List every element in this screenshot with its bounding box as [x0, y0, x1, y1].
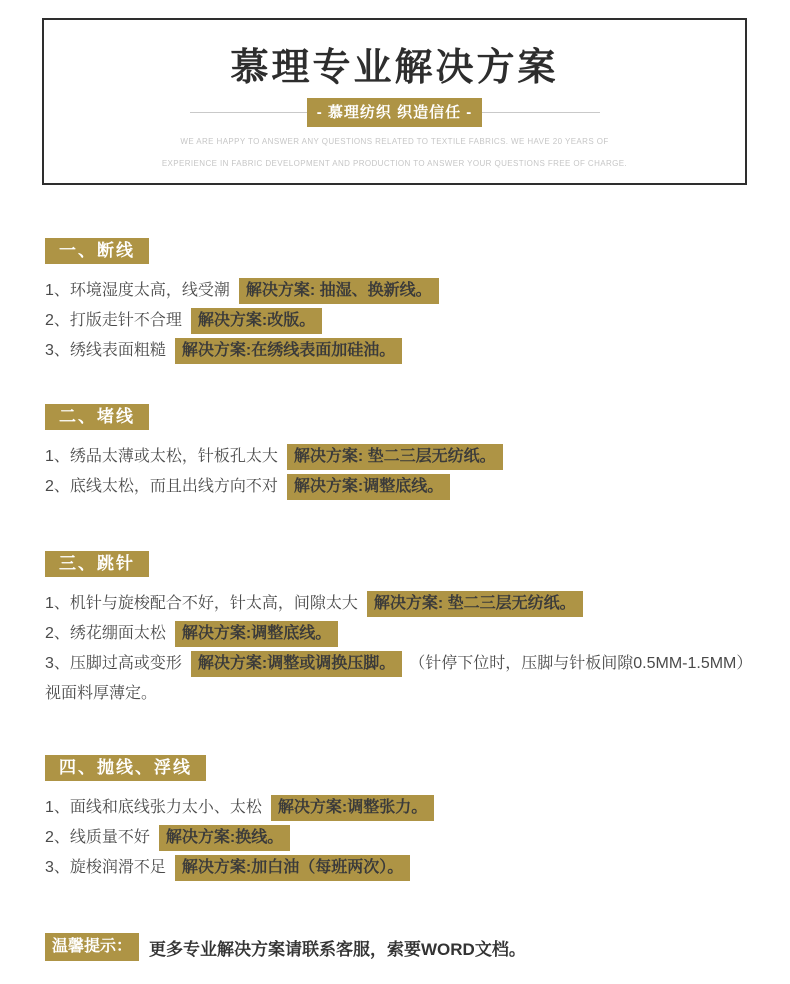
list-item: 3、压脚过高或变形解决方案:调整或调换压脚。（针停下位时，压脚与针板间隙0.5M…	[45, 649, 747, 709]
solution-highlight: 解决方案:调整底线。	[175, 621, 338, 647]
solution-highlight: 解决方案:加白油（每班两次）。	[175, 855, 410, 881]
problem-text: 2、底线太松，而且出线方向不对	[45, 478, 278, 495]
problem-text: 3、压脚过高或变形	[45, 655, 182, 672]
divider-line-left	[190, 112, 307, 113]
list-item: 2、绣花绷面太松解决方案:调整底线。	[45, 619, 747, 649]
solution-highlight: 解决方案:调整或调换压脚。	[191, 651, 402, 677]
section-item-list: 1、绣品太薄或太松，针板孔太大解决方案: 垫二三层无纺纸。 2、底线太松，而且出…	[45, 442, 747, 502]
solution-highlight: 解决方案:换线。	[159, 825, 290, 851]
subtitle-english-line2: EXPERIENCE IN FABRIC DEVELOPMENT AND PRO…	[44, 158, 745, 170]
section-item-list: 1、机针与旋梭配合不好，针太高，间隙太大解决方案: 垫二三层无纺纸。 2、绣花绷…	[45, 589, 747, 709]
solution-highlight: 解决方案:调整底线。	[287, 474, 450, 500]
section-thread-breaking: 一、断线 1、环境湿度太高，线受潮解决方案: 抽湿、换新线。 2、打版走针不合理…	[45, 238, 747, 366]
list-item: 2、打版走针不合理解决方案:改版。	[45, 306, 747, 336]
tip-badge: 温馨提示：	[45, 933, 139, 961]
title-divider: - 慕理纺织 织造信任 -	[190, 98, 600, 127]
solution-highlight: 解决方案: 垫二三层无纺纸。	[367, 591, 583, 617]
section-heading-badge: 二、堵线	[45, 404, 149, 430]
list-item: 1、环境湿度太高，线受潮解决方案: 抽湿、换新线。	[45, 276, 747, 306]
section-heading-badge: 一、断线	[45, 238, 149, 264]
brand-badge: - 慕理纺织 织造信任 -	[307, 98, 483, 127]
section-loose-floating-thread: 四、抛线、浮线 1、面线和底线张力太小、太松解决方案:调整张力。 2、线质量不好…	[45, 755, 747, 883]
section-heading-badge: 四、抛线、浮线	[45, 755, 206, 781]
list-item: 1、绣品太薄或太松，针板孔太大解决方案: 垫二三层无纺纸。	[45, 442, 747, 472]
list-item: 2、线质量不好解决方案:换线。	[45, 823, 747, 853]
section-skipped-stitches: 三、跳针 1、机针与旋梭配合不好，针太高，间隙太大解决方案: 垫二三层无纺纸。 …	[45, 551, 747, 709]
solution-highlight: 解决方案:调整张力。	[271, 795, 434, 821]
problem-text: 2、线质量不好	[45, 829, 150, 846]
problem-text: 1、机针与旋梭配合不好，针太高，间隙太大	[45, 595, 358, 612]
solution-highlight: 解决方案: 抽湿、换新线。	[239, 278, 439, 304]
problem-text: 1、面线和底线张力太小、太松	[45, 799, 262, 816]
page-title: 慕理专业解决方案	[44, 44, 745, 90]
problem-text: 3、绣线表面粗糙	[45, 342, 166, 359]
solution-highlight: 解决方案:改版。	[191, 308, 322, 334]
problem-text: 2、打版走针不合理	[45, 312, 182, 329]
problem-text: 2、绣花绷面太松	[45, 625, 166, 642]
header-card: 慕理专业解决方案 - 慕理纺织 织造信任 - WE ARE HAPPY TO A…	[42, 18, 747, 185]
list-item: 3、绣线表面粗糙解决方案:在绣线表面加硅油。	[45, 336, 747, 366]
solution-highlight: 解决方案:在绣线表面加硅油。	[175, 338, 402, 364]
subtitle-english-line1: WE ARE HAPPY TO ANSWER ANY QUESTIONS REL…	[44, 136, 745, 148]
divider-line-right	[482, 112, 599, 113]
list-item: 2、底线太松，而且出线方向不对解决方案:调整底线。	[45, 472, 747, 502]
section-heading-badge: 三、跳针	[45, 551, 149, 577]
problem-text: 3、旋梭润滑不足	[45, 859, 166, 876]
list-item: 3、旋梭润滑不足解决方案:加白油（每班两次）。	[45, 853, 747, 883]
list-item: 1、机针与旋梭配合不好，针太高，间隙太大解决方案: 垫二三层无纺纸。	[45, 589, 747, 619]
footer-note: 温馨提示： 更多专业解决方案请联系客服，索要WORD文档。	[45, 933, 747, 961]
section-item-list: 1、环境湿度太高，线受潮解决方案: 抽湿、换新线。 2、打版走针不合理解决方案:…	[45, 276, 747, 366]
solution-highlight: 解决方案: 垫二三层无纺纸。	[287, 444, 503, 470]
section-thread-jamming: 二、堵线 1、绣品太薄或太松，针板孔太大解决方案: 垫二三层无纺纸。 2、底线太…	[45, 404, 747, 502]
tip-text: 更多专业解决方案请联系客服，索要WORD文档。	[149, 935, 526, 960]
list-item: 1、面线和底线张力太小、太松解决方案:调整张力。	[45, 793, 747, 823]
problem-text: 1、环境湿度太高，线受潮	[45, 282, 230, 299]
problem-text: 1、绣品太薄或太松，针板孔太大	[45, 448, 278, 465]
section-item-list: 1、面线和底线张力太小、太松解决方案:调整张力。 2、线质量不好解决方案:换线。…	[45, 793, 747, 883]
